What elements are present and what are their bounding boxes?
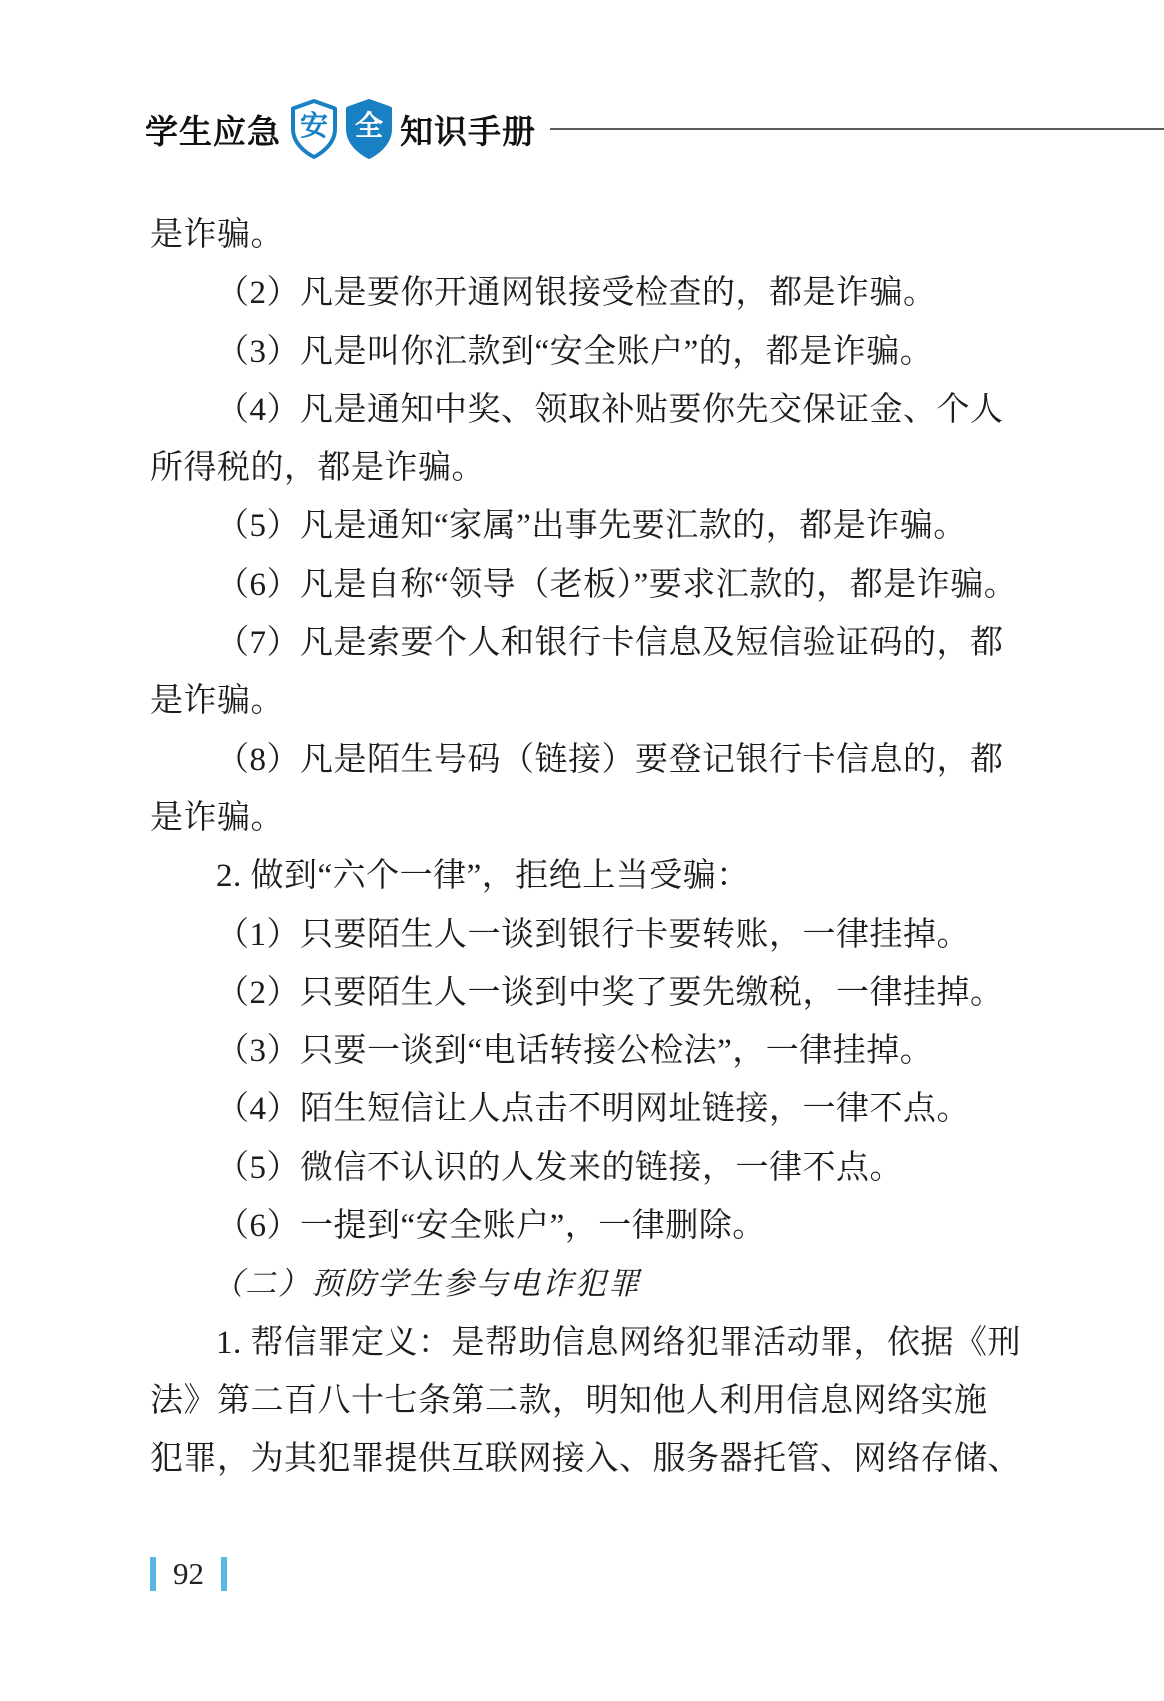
shield-char-quan: 全: [344, 112, 394, 140]
text-line: 法》第二百八十七条第二款，明知他人利用信息网络实施: [150, 1372, 1042, 1430]
text-line: 2. 做到“六个一律”，拒绝上当受骗：: [150, 847, 1042, 905]
text-line: （1）只要陌生人一谈到银行卡要转账，一律挂掉。: [150, 906, 1042, 964]
text-line: 是诈骗。: [150, 206, 1042, 264]
header-title-right: 知识手册: [400, 106, 536, 153]
shield-outline-icon: 安: [289, 99, 339, 159]
text-line: （2）只要陌生人一谈到中奖了要先缴税，一律挂掉。: [150, 964, 1042, 1022]
text-line: （6）一提到“安全账户”，一律删除。: [150, 1197, 1042, 1255]
text-line: （5）微信不认识的人发来的链接，一律不点。: [150, 1139, 1042, 1197]
footer-bar-right: [221, 1557, 227, 1591]
safety-badge: 安 全: [289, 99, 394, 159]
text-line: 所得税的，都是诈骗。: [150, 439, 1042, 497]
page-number: 92: [156, 1557, 221, 1591]
text-line: 1. 帮信罪定义：是帮助信息网络犯罪活动罪，依据《刑: [150, 1314, 1042, 1372]
section-heading: （二）预防学生参与电诈犯罪: [150, 1255, 1042, 1313]
text-line: （3）只要一谈到“电话转接公检法”，一律挂掉。: [150, 1022, 1042, 1080]
shield-char-an: 安: [289, 112, 339, 140]
text-line: 是诈骗。: [150, 789, 1042, 847]
text-line: （4）陌生短信让人点击不明网址链接，一律不点。: [150, 1080, 1042, 1138]
text-line: （7）凡是索要个人和银行卡信息及短信验证码的，都: [150, 614, 1042, 672]
header-rule: [550, 128, 1164, 130]
text-line: 是诈骗。: [150, 672, 1042, 730]
text-line: （5）凡是通知“家属”出事先要汇款的，都是诈骗。: [150, 497, 1042, 555]
text-line: （8）凡是陌生号码（链接）要登记银行卡信息的，都: [150, 731, 1042, 789]
text-line: （3）凡是叫你汇款到“安全账户”的，都是诈骗。: [150, 323, 1042, 381]
body-text: 是诈骗。 （2）凡是要你开通网银接受检查的，都是诈骗。 （3）凡是叫你汇款到“安…: [150, 206, 1042, 1489]
header-title-left: 学生应急: [145, 106, 281, 153]
book-page: 学生应急 安 全 知识手册 是诈骗。 （2）凡是要你开通网银接受检查的，都是诈骗…: [0, 0, 1164, 1701]
text-line: （2）凡是要你开通网银接受检查的，都是诈骗。: [150, 264, 1042, 322]
page-footer: 92: [150, 1552, 227, 1596]
text-line: （4）凡是通知中奖、领取补贴要你先交保证金、个人: [150, 381, 1042, 439]
text-line: （6）凡是自称“领导（老板）”要求汇款的，都是诈骗。: [150, 556, 1042, 614]
text-line: 犯罪，为其犯罪提供互联网接入、服务器托管、网络存储、: [150, 1430, 1042, 1488]
shield-filled-icon: 全: [344, 99, 394, 159]
page-header: 学生应急 安 全 知识手册: [145, 96, 1164, 162]
